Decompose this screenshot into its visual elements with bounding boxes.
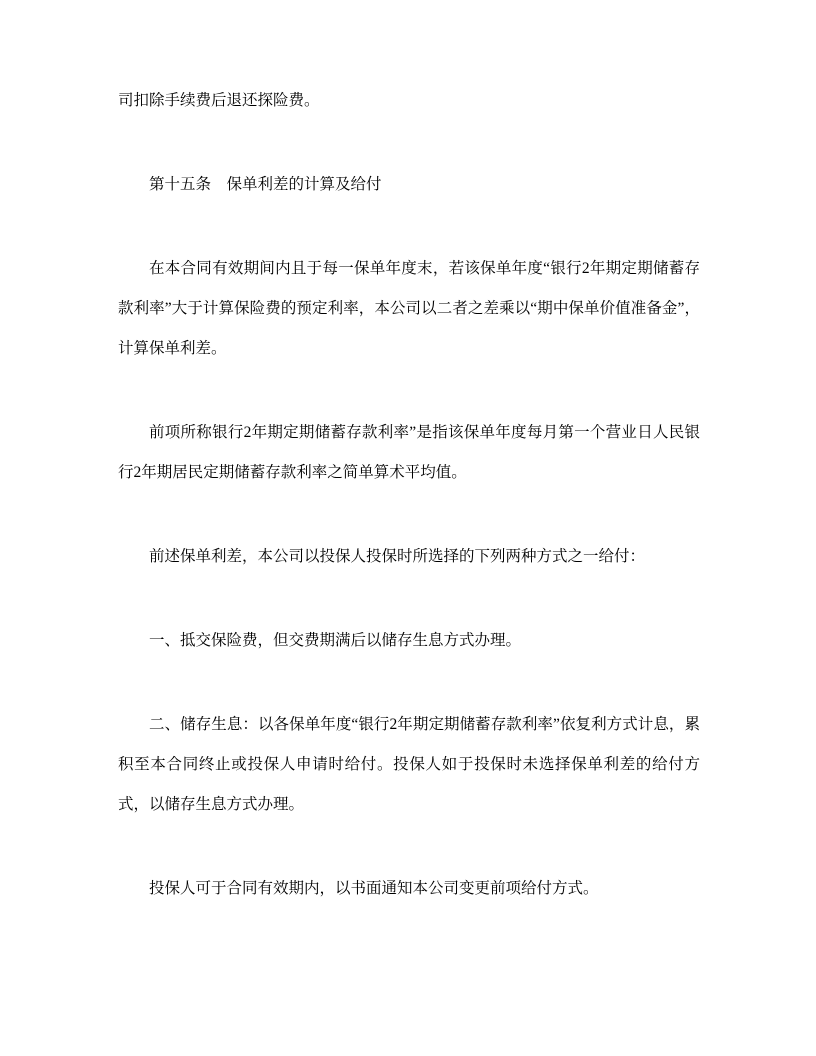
paragraph-change-payout-method: 投保人可于合同有效期内，以书面通知本公司变更前项给付方式。 (118, 869, 700, 909)
continuation-line: 司扣除手续费后退还探险费。 (118, 81, 700, 121)
clause-15-heading: 第十五条 保单利差的计算及给付 (118, 165, 700, 205)
list-item-option-2-accumulate-interest: 二、储存生息：以各保单年度“银行2年期定期储蓄存款利率”依复利方式计息，累积至本… (118, 705, 700, 825)
paragraph-interest-margin-calculation: 在本合同有效期间内且于每一保单年度末，若该保单年度“银行2年期定期储蓄存款利率”… (118, 249, 700, 369)
document-page: 司扣除手续费后退还探险费。 第十五条 保单利差的计算及给付 在本合同有效期间内且… (0, 0, 816, 1056)
paragraph-payout-methods-intro: 前述保单利差，本公司以投保人投保时所选择的下列两种方式之一给付： (118, 537, 700, 577)
list-item-option-1-premium-offset: 一、抵交保险费，但交费期满后以储存生息方式办理。 (118, 621, 700, 661)
paragraph-deposit-rate-definition: 前项所称银行2年期定期储蓄存款利率”是指该保单年度每月第一个营业日人民银行2年期… (118, 413, 700, 493)
